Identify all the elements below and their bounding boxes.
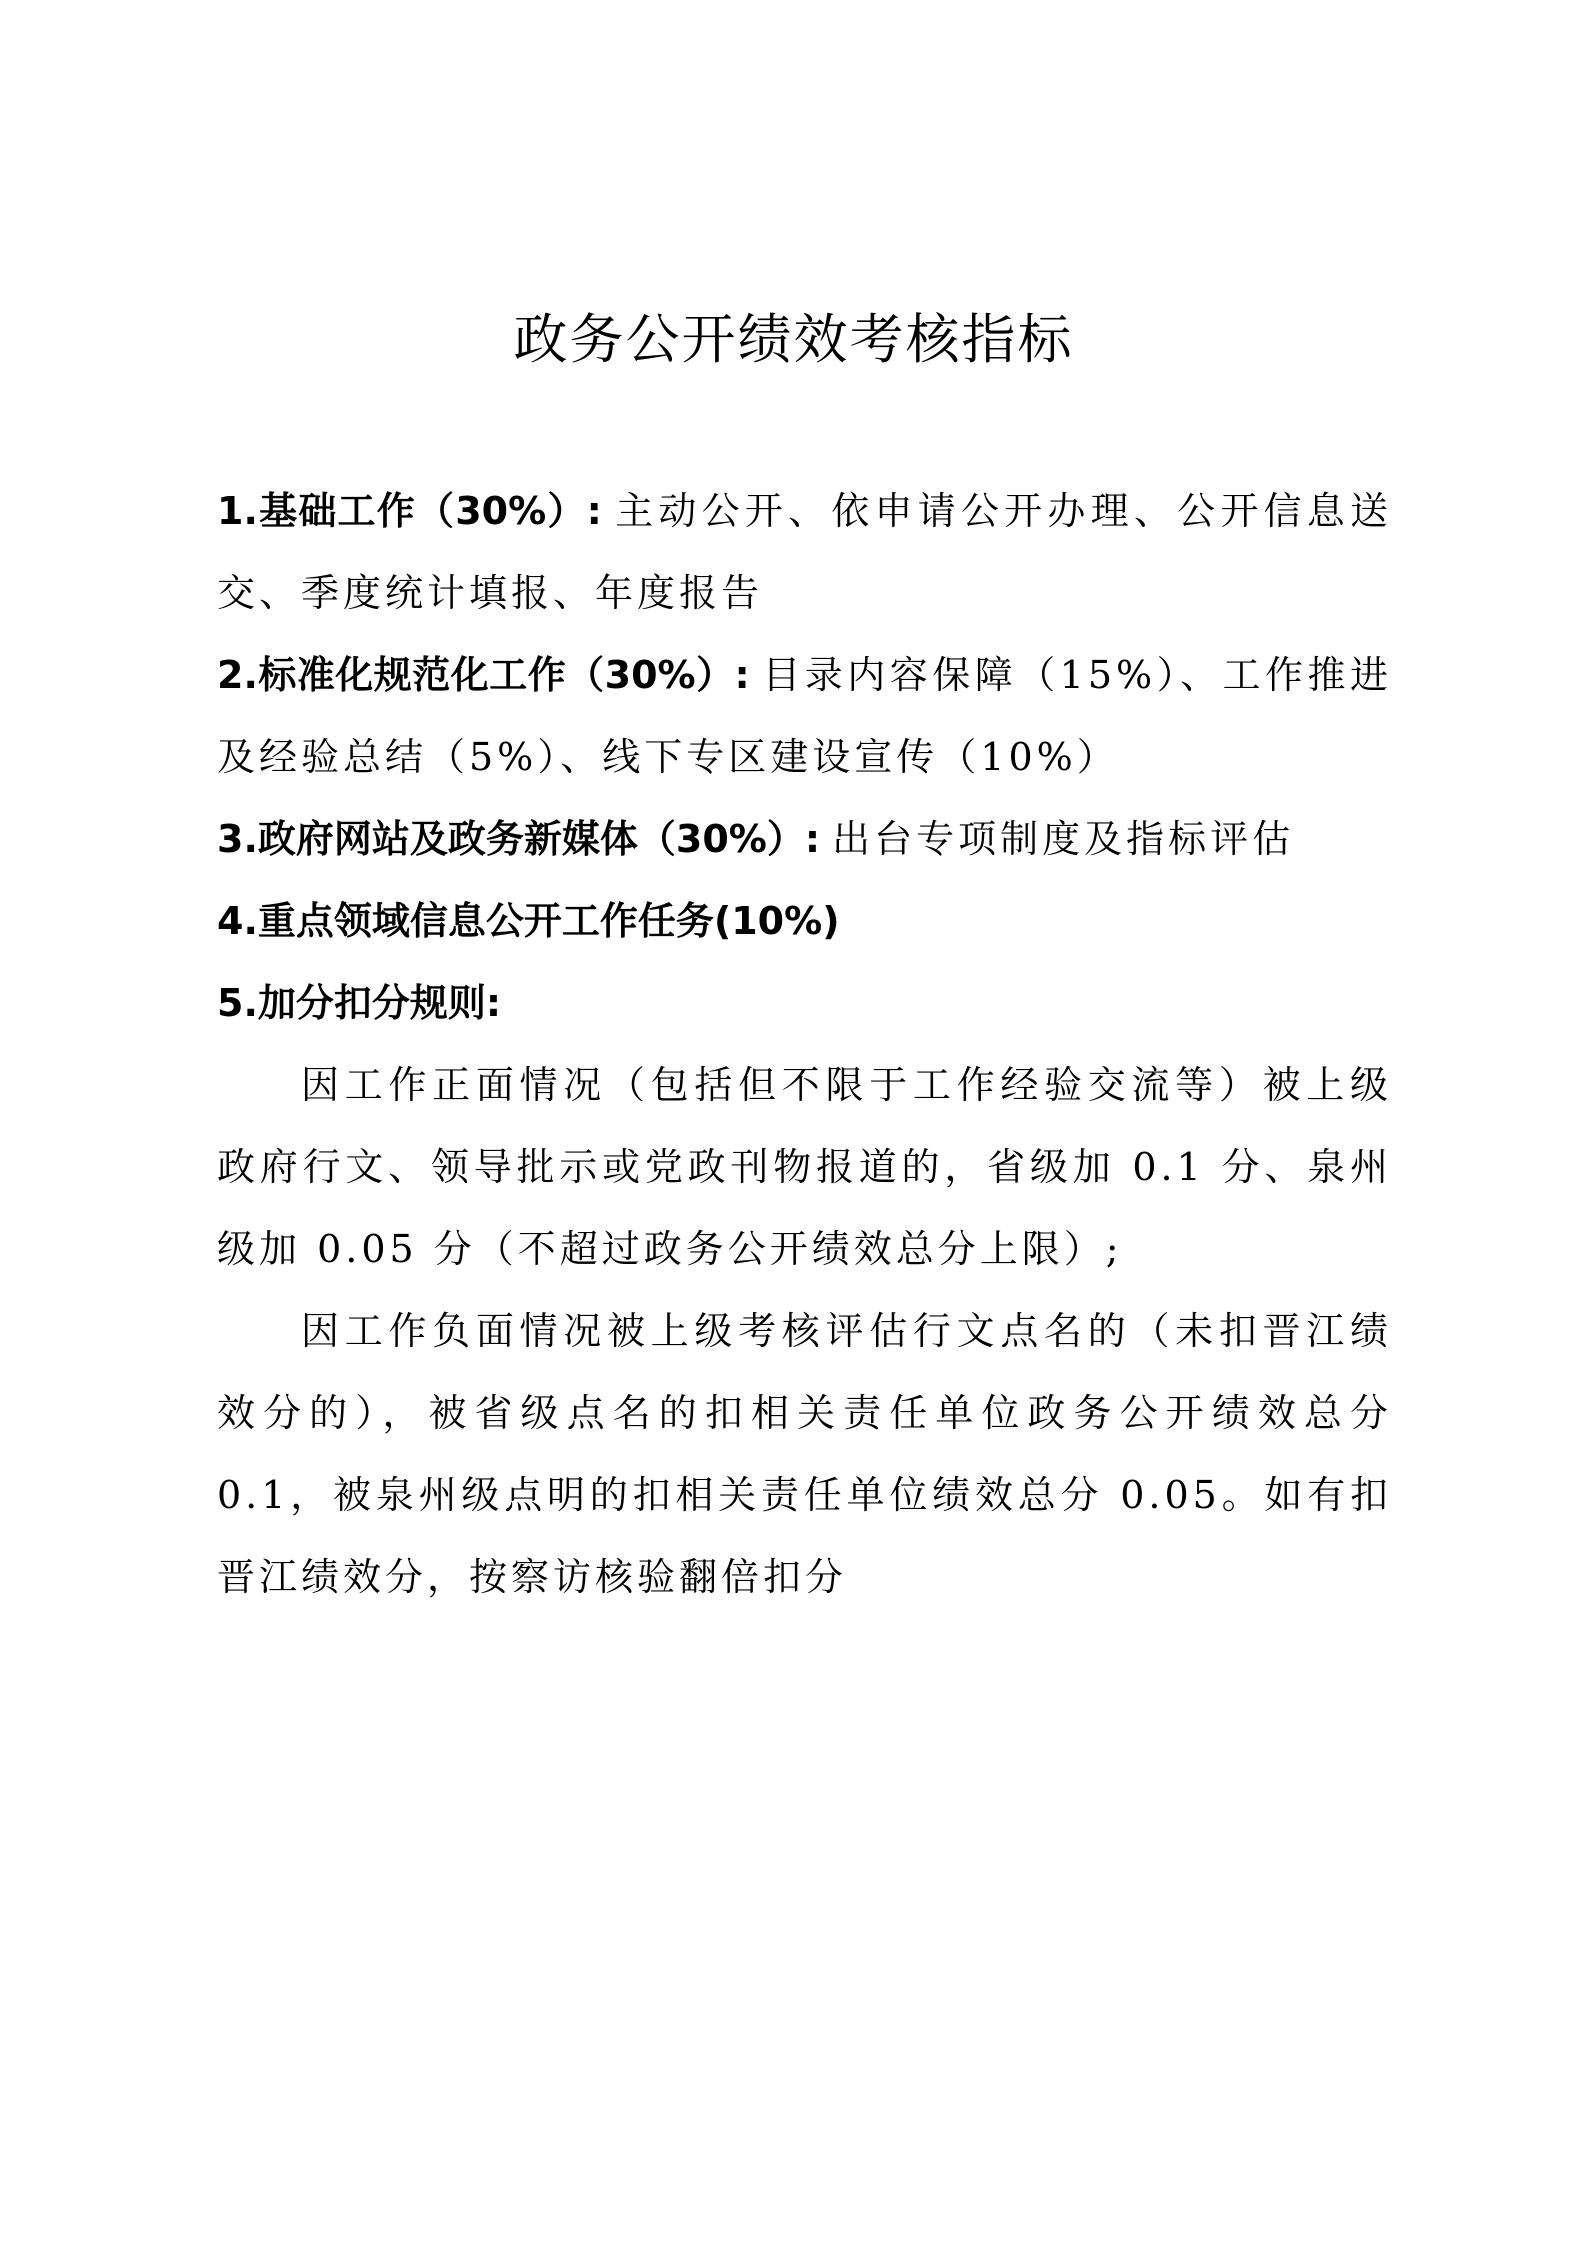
indicator-item-basic-work: 1.基础工作（30%）: 主动公开、依申请公开办理、公开信息送交、季度统计填报、… — [217, 470, 1392, 634]
document-body: 1.基础工作（30%）: 主动公开、依申请公开办理、公开信息送交、季度统计填报、… — [217, 470, 1392, 1618]
indicator-item-key-areas: 4.重点领域信息公开工作任务(10%) — [217, 880, 1392, 962]
indicator-item-government-website: 3.政府网站及政务新媒体（30%）: 出台专项制度及指标评估 — [217, 798, 1392, 880]
indicator-item-scoring-rules: 5.加分扣分规则: — [217, 962, 1392, 1044]
indicator-heading: 5.加分扣分规则: — [217, 981, 501, 1025]
indicator-heading: 4.重点领域信息公开工作任务(10%) — [217, 899, 840, 943]
indicator-item-standardization: 2.标准化规范化工作（30%）: 目录内容保障（15%）、工作推进及经验总结（5… — [217, 634, 1392, 798]
indicator-heading: 1.基础工作（30%）: — [217, 489, 602, 533]
indicator-heading: 3.政府网站及政务新媒体（30%）: — [217, 817, 820, 861]
indicator-description: 出台专项制度及指标评估 — [832, 817, 1294, 861]
indicator-heading: 2.标准化规范化工作（30%）: — [217, 653, 750, 697]
bonus-rule-paragraph: 因工作正面情况（包括但不限于工作经验交流等）被上级政府行文、领导批示或党政刊物报… — [217, 1044, 1392, 1290]
document-title: 政务公开绩效考核指标 — [0, 300, 1587, 380]
penalty-rule-paragraph: 因工作负面情况被上级考核评估行文点名的（未扣晋江绩效分的），被省级点名的扣相关责… — [217, 1290, 1392, 1618]
document-page: 政务公开绩效考核指标 1.基础工作（30%）: 主动公开、依申请公开办理、公开信… — [0, 0, 1587, 2245]
